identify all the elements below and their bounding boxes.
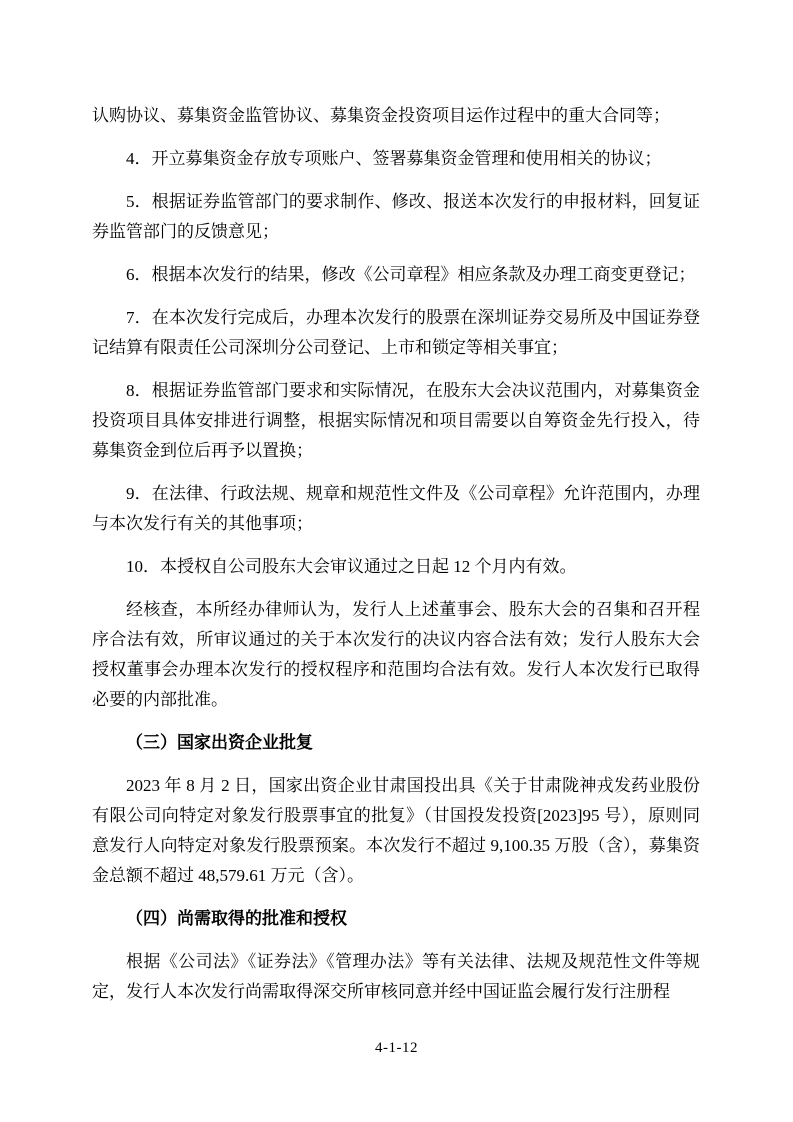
list-item-10: 10．本授权自公司股东大会审议通过之日起 12 个月内有效。 — [92, 552, 700, 582]
list-item-6: 6．根据本次发行的结果，修改《公司章程》相应条款及办理工商变更登记； — [92, 260, 700, 290]
para-state-investor-approval: 2023 年 8 月 2 日，国家出资企业甘肃国投出具《关于甘肃陇神戎发药业股份… — [92, 771, 700, 891]
heading-section-3-state-owned-enterprise-approval: （三）国家出资企业批复 — [92, 728, 700, 758]
heading-section-4-pending-approvals: （四）尚需取得的批准和授权 — [92, 904, 700, 934]
para-pending-approvals: 根据《公司法》《证券法》《管理办法》等有关法律、法规及规范性文件等规定，发行人本… — [92, 947, 700, 1007]
list-item-4: 4．开立募集资金存放专项账户、签署募集资金管理和使用相关的协议； — [92, 144, 700, 174]
list-item-5: 5．根据证券监管部门的要求制作、修改、报送本次发行的申报材料，回复证券监管部门的… — [92, 187, 700, 247]
document-page: 认购协议、募集资金监管协议、募集资金投资项目运作过程中的重大合同等； 4．开立募… — [0, 0, 793, 1122]
list-item-7: 7．在本次发行完成后，办理本次发行的股票在深圳证券交易所及中国证券登记结算有限责… — [92, 303, 700, 363]
document-body: 认购协议、募集资金监管协议、募集资金投资项目运作过程中的重大合同等； 4．开立募… — [92, 101, 700, 1020]
list-item-9: 9．在法律、行政法规、规章和规范性文件及《公司章程》允许范围内，办理与本次发行有… — [92, 479, 700, 539]
list-item-8: 8．根据证券监管部门要求和实际情况，在股东大会决议范围内，对募集资金投资项目具体… — [92, 376, 700, 466]
para-verification-conclusion: 经核查，本所经办律师认为，发行人上述董事会、股东大会的召集和召开程序合法有效，所… — [92, 595, 700, 715]
para-contract-continuation: 认购协议、募集资金监管协议、募集资金投资项目运作过程中的重大合同等； — [92, 101, 700, 131]
page-number: 4-1-12 — [0, 1038, 793, 1058]
